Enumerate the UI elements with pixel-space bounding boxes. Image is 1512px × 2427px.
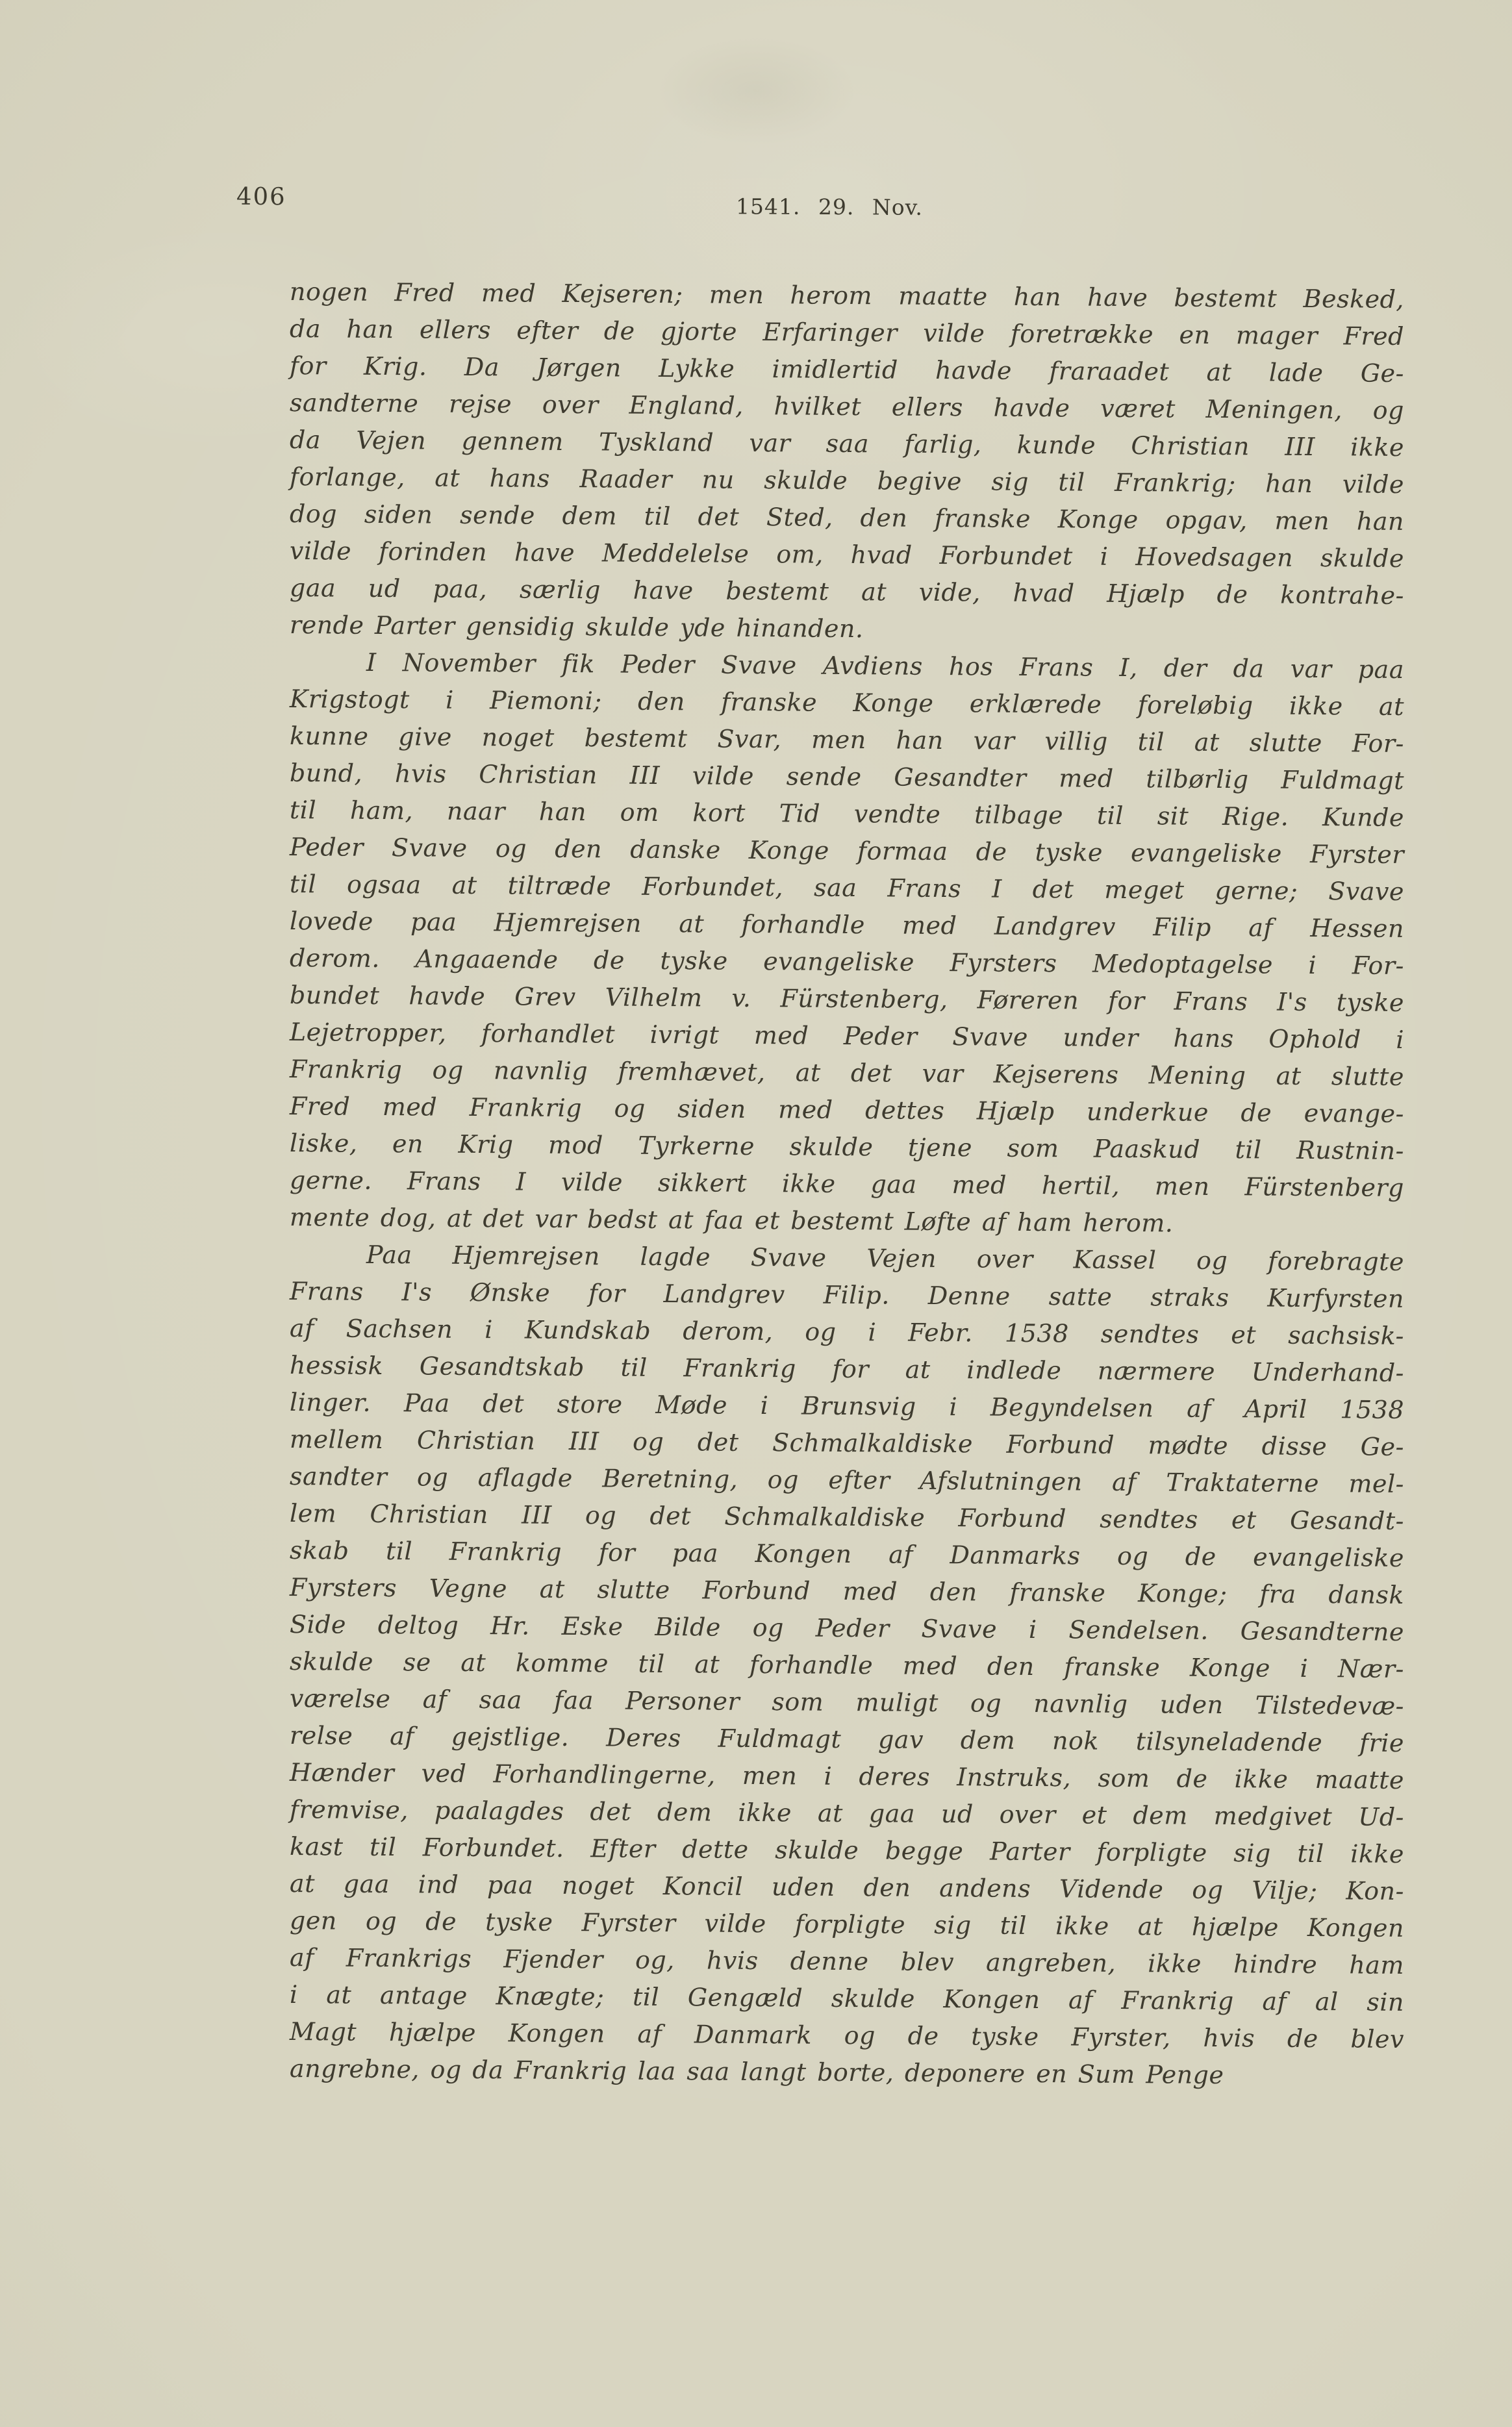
running-header: 1541. 29. Nov.: [736, 194, 923, 220]
body-text: nogen Fred med Kejseren; men herom maatt…: [290, 273, 1404, 2087]
page-number: 406: [236, 182, 286, 210]
book-page: 406 1541. 29. Nov. nogen Fred med Kejser…: [0, 0, 1512, 2427]
text-line: angrebne, og da Frankrig laa saa langt b…: [290, 2050, 1404, 2095]
